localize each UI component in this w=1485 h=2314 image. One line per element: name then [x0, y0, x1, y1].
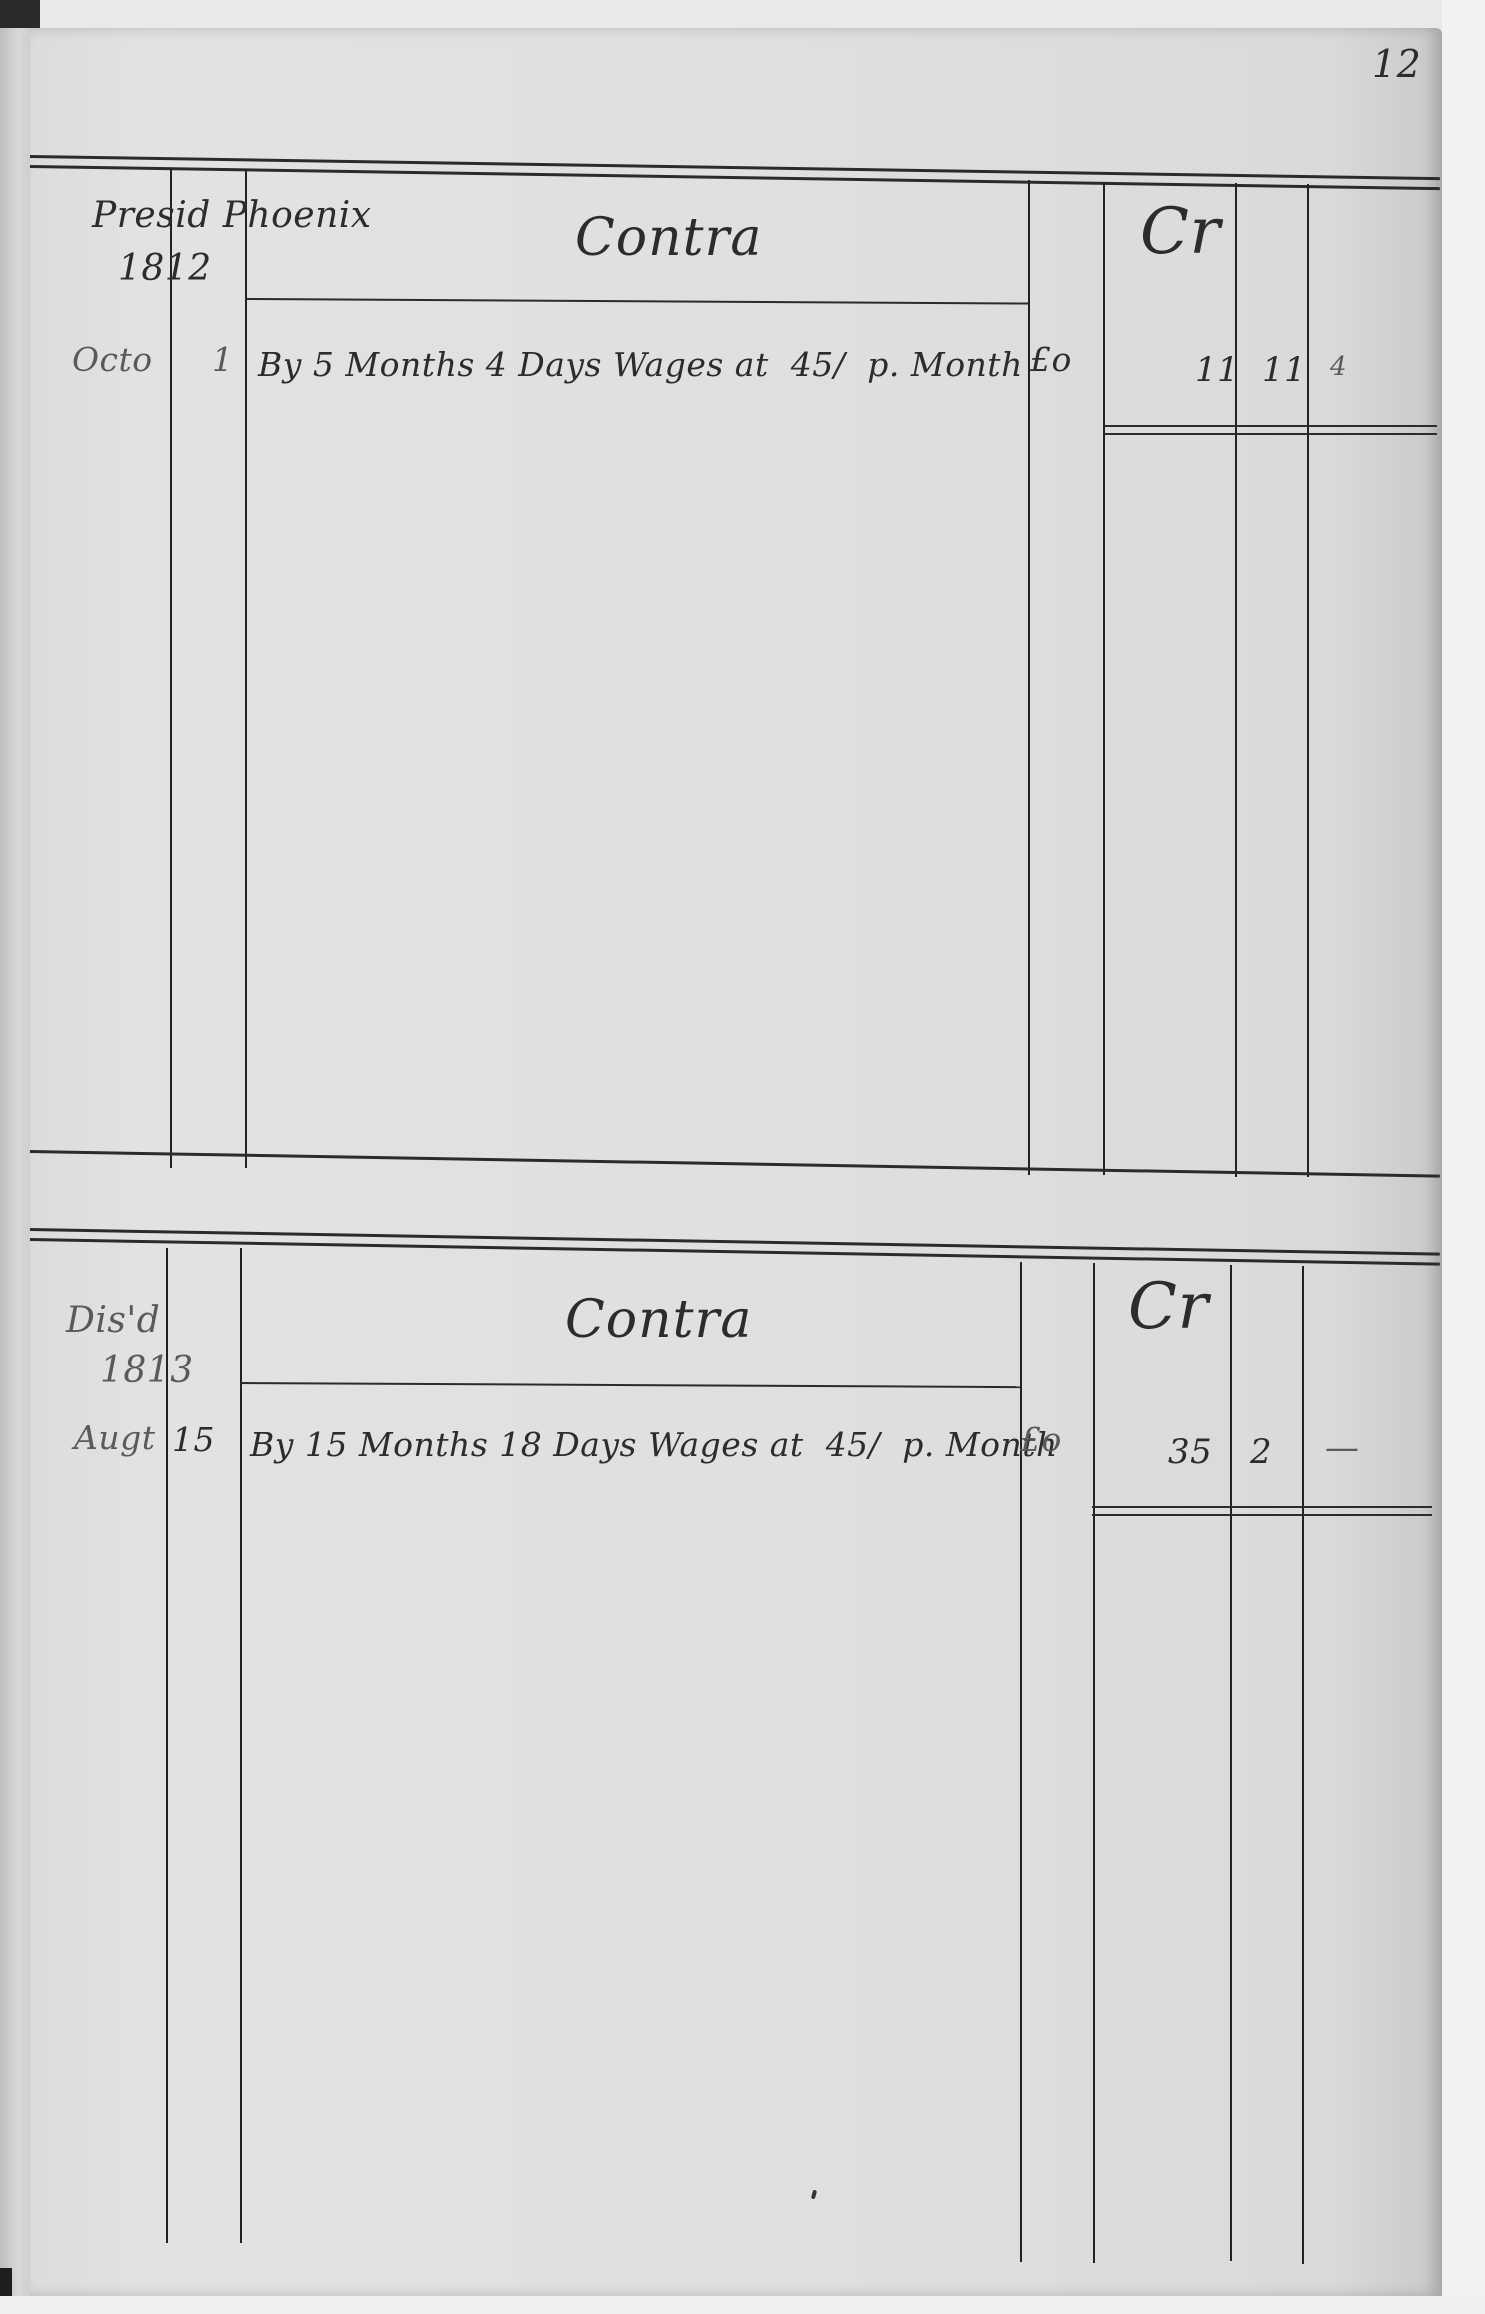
column-rule-pounds: [1230, 1265, 1232, 2261]
column-rule-folio: [1103, 182, 1105, 1175]
credit-total-rule-bottom: [1105, 433, 1437, 435]
credit-heading: Cr: [1140, 195, 1221, 269]
description-by: By: [250, 1425, 294, 1464]
credit-heading-text: Cr: [1140, 195, 1221, 269]
entry-folio: £o: [1030, 340, 1072, 379]
entry-day: 1: [212, 340, 234, 379]
binding-shadow-top: [0, 0, 40, 28]
column-rule-pounds: [1235, 183, 1237, 1177]
amount-shillings: 11: [1262, 350, 1306, 390]
vessel-label: Dis'd: [66, 1300, 160, 1341]
credit-total-rule-top: [1105, 425, 1437, 427]
description-rate: 45/: [791, 345, 846, 384]
credit-heading: Cr: [1128, 1270, 1209, 1344]
book-binding: [0, 0, 30, 2314]
description-by: By: [258, 345, 302, 384]
year-label: 1813: [100, 1350, 194, 1391]
description-months: 15 Months: [305, 1425, 488, 1464]
column-rule-day: [240, 1248, 242, 2243]
scan-margin-bottom: [0, 2296, 1485, 2314]
entry-description: By 5 Months 4 Days Wages at 45/ p. Month: [258, 345, 1023, 384]
entry-description: By 15 Months 18 Days Wages at 45/ p. Mon…: [250, 1425, 1058, 1464]
column-rule-shillings: [1302, 1266, 1304, 2264]
column-rule-folio: [1093, 1263, 1095, 2263]
column-rule-shillings: [1307, 184, 1309, 1177]
description-months: 5 Months: [313, 345, 475, 384]
year-label: 1812: [118, 248, 212, 289]
description-wages: Wages at: [613, 345, 769, 384]
entry-month: Octo: [72, 340, 153, 379]
column-rule-description: [1020, 1262, 1022, 2262]
page-number: 12: [1372, 42, 1421, 86]
contra-heading: Contra: [575, 208, 762, 268]
description-days: 18 Days: [499, 1425, 637, 1464]
credit-total-rule-bottom: [1092, 1514, 1432, 1516]
entry-folio: £o: [1020, 1420, 1062, 1459]
scan-margin-right: [1442, 0, 1485, 2314]
vessel-label: Presid Phoenix: [92, 195, 372, 236]
contra-heading: Contra: [565, 1290, 752, 1350]
amount-pence: —: [1325, 1428, 1360, 1468]
description-wages: Wages at: [648, 1425, 804, 1464]
amount-shillings: 2: [1250, 1432, 1272, 1472]
description-per-month: p. Month: [867, 345, 1023, 384]
column-rule-description: [1028, 180, 1030, 1175]
column-rule-day: [245, 170, 247, 1168]
column-rule-date: [170, 168, 172, 1168]
credit-heading-text: Cr: [1128, 1270, 1209, 1344]
credit-total-rule-top: [1092, 1506, 1432, 1508]
description-days: 4 Days: [486, 345, 602, 384]
amount-pounds: 11: [1195, 350, 1239, 390]
amount-pounds: 35: [1168, 1432, 1212, 1472]
amount-pence: 4: [1330, 352, 1347, 382]
column-rule-date: [166, 1248, 168, 2243]
description-rate: 45/: [826, 1425, 881, 1464]
entry-month: Augt: [74, 1418, 155, 1457]
entry-day: 15: [172, 1420, 215, 1459]
